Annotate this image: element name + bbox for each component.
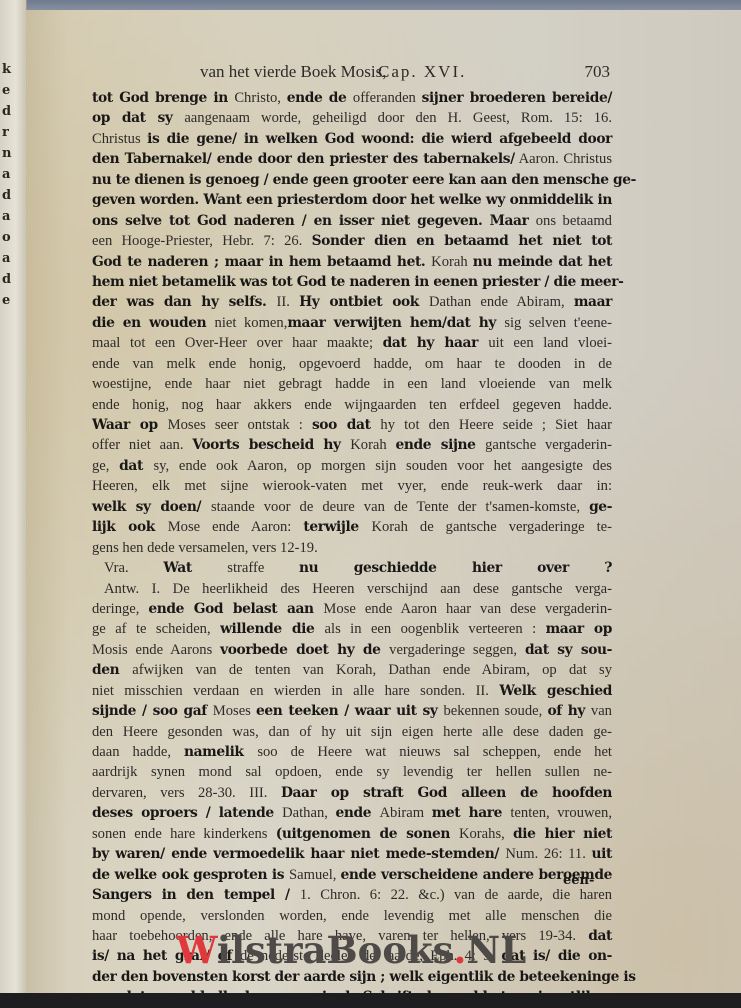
blackletter-run: maar verwijten hem/dat hy	[287, 315, 504, 331]
blackletter-run: de welke ook gesproten is	[92, 867, 289, 883]
text-line: de welke ook gesproten is Samuel, ende v…	[92, 865, 612, 885]
text-line: offer niet aan. Voorts bescheid hy Korah…	[92, 435, 612, 455]
text-line: ende van melk ende honig, opgevoerd hadd…	[92, 354, 612, 374]
text-line: aardrijk synen mond sal opdoen, ende sy …	[92, 762, 612, 782]
roman-run: Samuel,	[289, 867, 341, 883]
blackletter-run: ende sijne	[396, 437, 486, 453]
text-line: op dat sy aangenaam worde, geheiligd doo…	[92, 108, 612, 128]
background-bottom-bar	[0, 993, 741, 1008]
roman-run: deringe,	[92, 601, 148, 617]
roman-run: Moses	[213, 703, 256, 719]
roman-run: Mosis ende Aarons	[92, 642, 220, 658]
roman-run: Christus	[92, 131, 147, 147]
blackletter-run: Hy ontbiet ook	[299, 294, 429, 310]
roman-run: ge af te scheiden,	[92, 621, 220, 637]
roman-run: 1. Chron. 6: 22. &c.) van de aarde, die …	[300, 887, 612, 903]
roman-run: soo de Heere wat nieuws sal scheppen, en…	[257, 744, 612, 760]
text-line: geven worden. Want een priesterdom door …	[92, 190, 612, 210]
roman-run: aardrijk synen mond sal opdoen, ende sy …	[92, 764, 612, 780]
running-head: van het vierde Boek Mosis, Cap. XVI. 703	[200, 62, 610, 86]
chapter-label: Cap. XVI.	[378, 62, 466, 82]
text-line: welk sy doen/ staande voor de deure van …	[92, 497, 612, 517]
roman-run: Korah de gantsche vergaderinge te-	[371, 519, 612, 535]
blackletter-run: ge-	[589, 499, 612, 515]
roman-run: Korahs,	[459, 826, 513, 842]
text-line: hem niet betamelik was tot God te nadere…	[92, 272, 612, 292]
roman-run: bekennen soude,	[443, 703, 547, 719]
blackletter-run: den	[92, 662, 132, 678]
text-line: die en wouden niet komen,maar verwijten …	[92, 313, 612, 333]
roman-run: den Heere gesonden was, dan of hy uit si…	[92, 724, 612, 740]
blackletter-run: Welk geschied	[499, 683, 612, 699]
roman-run: gantsche vergaderin-	[485, 437, 612, 453]
roman-run: Antw. I. De heerlikheid des Heeren versc…	[104, 581, 612, 597]
roman-run: sig selven t'eene-	[504, 315, 612, 331]
blackletter-run: is die gene/ in welken God woond: die wi…	[147, 131, 612, 147]
text-line: den afwijken van de tenten van Korah, Da…	[92, 660, 612, 680]
blackletter-run: sijner broederen bereide/	[422, 90, 612, 106]
roman-run: Korah	[350, 437, 395, 453]
blackletter-run: lijk ook	[92, 519, 168, 535]
roman-run: tenten, vrouwen,	[510, 805, 612, 821]
roman-run: Mose ende Aaron haar van dese vergaderin…	[323, 601, 612, 617]
text-line: Sangers in den tempel / 1. Chron. 6: 22.…	[92, 885, 612, 905]
facing-page-fragment: k	[2, 62, 11, 77]
blackletter-run: Voorts bescheid hy	[192, 437, 350, 453]
blackletter-run: nu geschiedde hier over ?	[299, 560, 612, 576]
blackletter-run: nu te dienen is genoeg / ende geen groot…	[92, 172, 636, 188]
facing-page-fragment: d	[2, 104, 11, 119]
facing-page-fragment: r	[2, 125, 9, 140]
blackletter-run: Daar op straft God alleen de hoofden	[281, 785, 612, 801]
watermark-name: ilstraBooks	[217, 928, 454, 972]
blackletter-run: dat	[119, 458, 153, 474]
text-line: tot God brenge in Christo, ende de offer…	[92, 88, 612, 108]
blackletter-run: Waar op	[92, 417, 168, 433]
blackletter-run: terwijle	[303, 519, 371, 535]
text-line: Antw. I. De heerlikheid des Heeren versc…	[92, 579, 612, 599]
blackletter-run: op dat sy	[92, 110, 184, 126]
text-line: der was dan hy selfs. II. Hy ontbiet ook…	[92, 292, 612, 312]
text-line: ge, dat sy, ende ook Aaron, op morgen si…	[92, 456, 612, 476]
blackletter-run: nu meinde dat het	[473, 254, 612, 270]
blackletter-run: deses oproers / latende	[92, 805, 282, 821]
roman-run: ons betaamd	[536, 213, 612, 229]
text-line: ge af te scheiden, willende die als in e…	[92, 619, 612, 639]
blackletter-run: (uitgenomen de sonen	[276, 826, 459, 842]
facing-page-fragment: n	[2, 146, 11, 161]
text-line: deringe, ende God belast aan Mose ende A…	[92, 599, 612, 619]
roman-run: Dathan ende Abiram,	[429, 294, 574, 310]
blackletter-run: ende de	[287, 90, 353, 106]
roman-run: offeranden	[353, 90, 422, 106]
blackletter-run: dat sy sou-	[525, 642, 612, 658]
text-line: een Hooge-Priester, Hebr. 7: 26. Sonder …	[92, 231, 612, 251]
facing-page-fragment: a	[2, 251, 10, 266]
blackletter-run: sijnde / soo gaf	[92, 703, 213, 719]
watermark-logo: WilstraBooks.NL	[176, 928, 526, 972]
roman-run: Mose ende Aaron:	[168, 519, 304, 535]
blackletter-run: ons selve tot God naderen / en isser nie…	[92, 213, 536, 229]
text-line: deses oproers / latende Dathan, ende Abi…	[92, 803, 612, 823]
blackletter-run: by waren/ ende vermoedelik haar niet med…	[92, 846, 505, 862]
blackletter-run: ende	[336, 805, 380, 821]
facing-page-fragment: a	[2, 167, 10, 182]
text-line: sijnde / soo gaf Moses een teeken / waar…	[92, 701, 612, 721]
roman-run: Num. 26: 11.	[505, 846, 591, 862]
roman-run: Christo,	[234, 90, 286, 106]
text-line: woestijne, ende haar niet gebragt hadde …	[92, 374, 612, 394]
blackletter-run: Sonder dien en betaamd het niet tot	[312, 233, 612, 249]
blackletter-run: God te naderen ; maar in hem betaamd het…	[92, 254, 431, 270]
text-line: Mosis ende Aarons voorbede doet hy de ve…	[92, 640, 612, 660]
blackletter-run: een teeken / waar uit sy	[256, 703, 443, 719]
text-line: ende honig, nog haar akkers ende wijngaa…	[92, 395, 612, 415]
text-line: God te naderen ; maar in hem betaamd het…	[92, 252, 612, 272]
catchword: een-	[563, 873, 594, 888]
roman-run: Dathan,	[282, 805, 335, 821]
blackletter-run: soo dat	[312, 417, 380, 433]
text-line: mond opende, verslonden worden, ende lev…	[92, 906, 612, 926]
text-line: lijk ook Mose ende Aaron: terwijle Korah…	[92, 517, 612, 537]
watermark-initial: W	[176, 928, 217, 972]
blackletter-run: willende die	[220, 621, 324, 637]
text-line: gens hen dede versamelen, vers 12-19.	[92, 538, 612, 558]
roman-run: hy tot den Heere seide ; Siet haar	[380, 417, 612, 433]
text-line: sonen ende hare kinderkens (uitgenomen d…	[92, 824, 612, 844]
roman-run: maal tot een Over-Heer over haar maakte;	[92, 335, 383, 351]
blackletter-run: die en wouden	[92, 315, 215, 331]
text-line: Heeren, elk met sijne wierook-vaten met …	[92, 476, 612, 496]
facing-page-fragment: a	[2, 209, 10, 224]
roman-run: ende honig, nog haar akkers ende wijngaa…	[92, 397, 612, 413]
roman-run: staande voor de deure van de Tente der t…	[211, 499, 589, 515]
facing-page-edge: kedrnadaoade	[0, 0, 27, 1008]
roman-run: aangenaam worde, geheiligd door den H. G…	[184, 110, 612, 126]
roman-run: Aaron. Christus	[515, 151, 612, 167]
blackletter-run: ende God belast aan	[148, 601, 323, 617]
roman-run: Abiram	[380, 805, 432, 821]
facing-page-fragment: e	[2, 293, 10, 308]
blackletter-run: Sangers in den tempel /	[92, 887, 300, 903]
blackletter-run: den Tabernakel/ ende door den priester d…	[92, 151, 515, 167]
roman-run: II.	[276, 294, 299, 310]
roman-run: niet komen,	[215, 315, 288, 331]
roman-run: van	[591, 703, 612, 719]
facing-page-fragment: o	[2, 230, 11, 245]
roman-run: sonen ende hare kinderkens	[92, 826, 276, 842]
roman-run: niet misschien verdaan en wierden in all…	[92, 683, 499, 699]
roman-run: straffe	[227, 560, 299, 576]
roman-run: Moses seer ontstak :	[168, 417, 312, 433]
blackletter-run: voorbede doet hy de	[220, 642, 389, 658]
blackletter-run: maar	[574, 294, 612, 310]
roman-run: daan hadde,	[92, 744, 184, 760]
blackletter-run: Wat	[163, 560, 227, 576]
roman-run: ge,	[92, 458, 119, 474]
roman-run: Heeren, elk met sijne wierook-vaten met …	[92, 478, 612, 494]
blackletter-run: dat hy haar	[383, 335, 489, 351]
roman-run: uit een land vloei-	[488, 335, 612, 351]
text-line: Vra. Wat straffe nu geschiedde hier over…	[92, 558, 612, 578]
blackletter-run: der was dan hy selfs.	[92, 294, 276, 310]
page-number: 703	[585, 62, 611, 82]
text-line: ons selve tot God naderen / en isser nie…	[92, 211, 612, 231]
roman-run: gens hen dede versamelen, vers 12-19.	[92, 540, 318, 556]
roman-run: woestijne, ende haar niet gebragt hadde …	[92, 376, 612, 392]
running-title: van het vierde Boek Mosis,	[200, 62, 387, 82]
roman-run: mond opende, verslonden worden, ende lev…	[92, 908, 612, 924]
blackletter-run: dat	[588, 928, 612, 944]
text-line: niet misschien verdaan en wierden in all…	[92, 681, 612, 701]
text-line: dervaren, vers 28-30. III. Daar op straf…	[92, 783, 612, 803]
text-line: Waar op Moses seer ontstak : soo dat hy …	[92, 415, 612, 435]
body-text: tot God brenge in Christo, ende de offer…	[92, 88, 612, 1008]
text-line: nu te dienen is genoeg / ende geen groot…	[92, 170, 612, 190]
blackletter-run: tot God brenge in	[92, 90, 234, 106]
blackletter-run: maar op	[546, 621, 612, 637]
watermark-suffix: NL	[466, 928, 526, 972]
roman-run: vergaderinge seggen,	[389, 642, 525, 658]
blackletter-run: geven worden. Want een priesterdom door …	[92, 192, 612, 208]
roman-run: als in een oogenblik verteeren :	[325, 621, 546, 637]
blackletter-run: uit	[592, 846, 612, 862]
text-line: den Heere gesonden was, dan of hy uit si…	[92, 722, 612, 742]
roman-run: een Hooge-Priester, Hebr. 7: 26.	[92, 233, 312, 249]
roman-run: dervaren, vers 28-30. III.	[92, 785, 281, 801]
watermark-dot: .	[454, 928, 467, 972]
blackletter-run: welk sy doen/	[92, 499, 211, 515]
roman-run: offer niet aan.	[92, 437, 192, 453]
blackletter-run: namelik	[184, 744, 257, 760]
roman-run: ende van melk ende honig, opgevoerd hadd…	[92, 356, 612, 372]
blackletter-run: hem niet betamelik was tot God te nadere…	[92, 274, 623, 290]
facing-page-fragment: d	[2, 188, 11, 203]
text-line: Christus is die gene/ in welken God woon…	[92, 129, 612, 149]
text-line: daan hadde, namelik soo de Heere wat nie…	[92, 742, 612, 762]
text-line: den Tabernakel/ ende door den priester d…	[92, 149, 612, 169]
blackletter-run: of hy	[547, 703, 590, 719]
roman-run: sy, ende ook Aaron, op morgen sijn soude…	[153, 458, 612, 474]
roman-run: afwijken van de tenten van Korah, Dathan…	[132, 662, 612, 678]
blackletter-run: die hier niet	[513, 826, 612, 842]
text-line: maal tot een Over-Heer over haar maakte;…	[92, 333, 612, 353]
roman-run: Korah	[431, 254, 473, 270]
facing-page-fragment: d	[2, 272, 11, 287]
blackletter-run: met hare	[432, 805, 511, 821]
text-line: by waren/ ende vermoedelik haar niet med…	[92, 844, 612, 864]
facing-page-fragment: e	[2, 83, 10, 98]
roman-run: Vra.	[104, 560, 163, 576]
